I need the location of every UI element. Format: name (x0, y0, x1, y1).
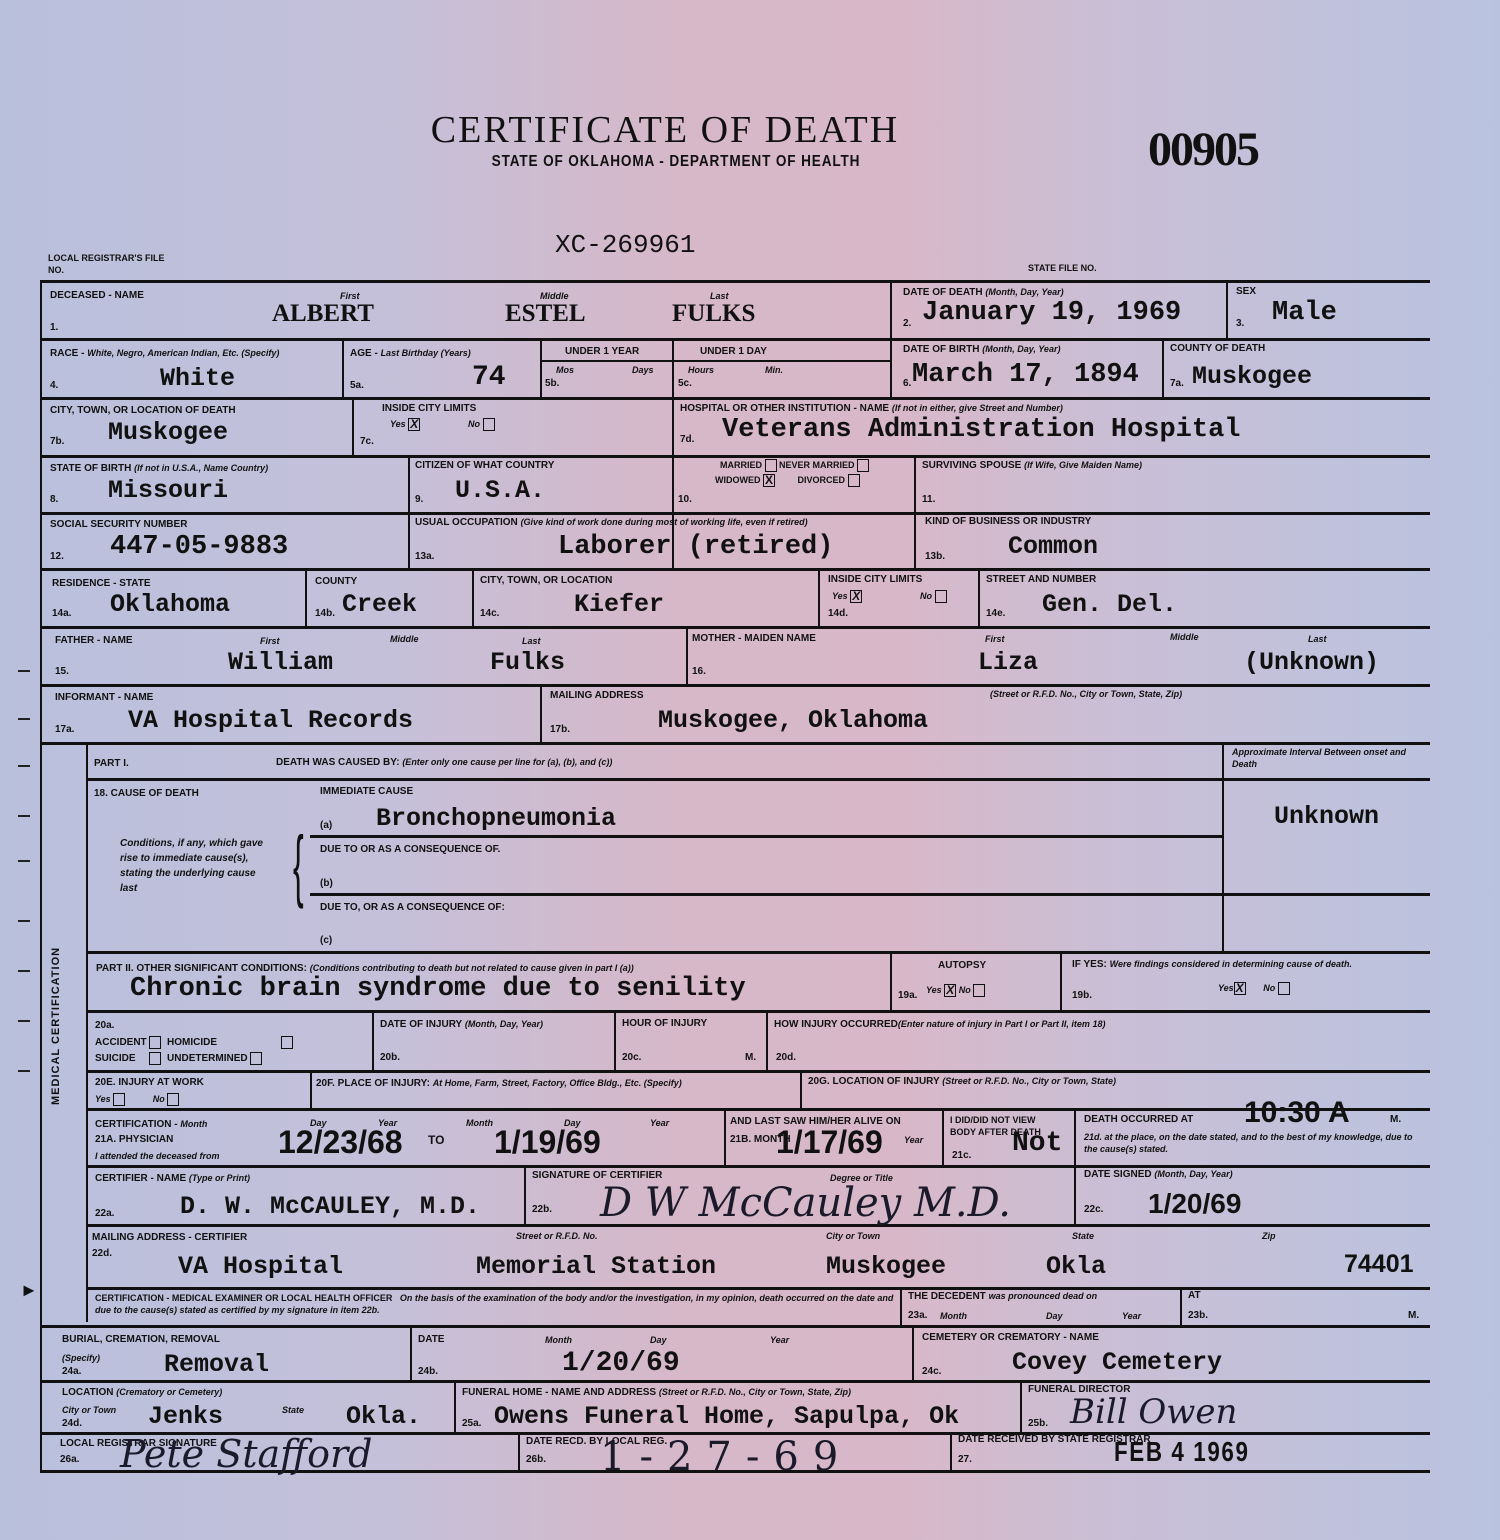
citizen-value: U.S.A. (455, 476, 545, 505)
cemetery-value: Covey Cemetery (1012, 1348, 1222, 1377)
race-label: RACE - White, Negro, American Indian, Et… (50, 347, 340, 360)
date-of-birth-label: DATE OF BIRTH (Month, Day, Year) (903, 343, 1060, 356)
certifier-mailing-name: VA Hospital (178, 1252, 343, 1281)
location-city-value: Jenks (148, 1402, 223, 1431)
date-of-birth-value: March 17, 1894 (912, 360, 1139, 390)
date-of-death-value: January 19, 1969 (922, 298, 1181, 328)
attended-to-date: 1/19/69 (494, 1124, 601, 1161)
state-of-birth-value: Missouri (108, 476, 228, 505)
residence-state-value: Oklahoma (110, 590, 230, 619)
date-signed-value: 1/20/69 (1148, 1188, 1241, 1220)
funeral-home-value: Owens Funeral Home, Sapulpa, Ok (494, 1402, 959, 1431)
inside-city-no-checkbox[interactable] (483, 418, 495, 431)
residence-street-value: Gen. Del. (1042, 590, 1177, 619)
father-last-name: Fulks (490, 648, 565, 677)
death-time-value: 10:30 A (1244, 1096, 1350, 1130)
divorced-checkbox[interactable] (848, 474, 860, 487)
brace-decoration: { (293, 825, 304, 905)
industry-value: Common (1008, 532, 1098, 561)
never-married-checkbox[interactable] (857, 459, 869, 472)
occupation-label: USUAL OCCUPATION (Give kind of work done… (415, 516, 895, 529)
sex-value: Male (1272, 298, 1337, 328)
deceased-middle-name: ESTEL (505, 300, 586, 328)
certifier-signature: D W McCauley M.D. (600, 1180, 1011, 1226)
state-file-label: STATE FILE NO. (1028, 262, 1097, 274)
autopsy-no-checkbox[interactable] (973, 984, 985, 997)
deceased-name-label: DECEASED - NAME (50, 290, 144, 302)
certifier-name-value: D. W. McCAULEY, M.D. (180, 1192, 480, 1221)
residence-city-value: Kiefer (574, 590, 664, 619)
residence-county-value: Creek (342, 590, 417, 619)
residence-inside-city-no-checkbox[interactable] (935, 590, 947, 603)
disposition-date-value: 1/20/69 (562, 1348, 680, 1379)
undetermined-checkbox[interactable] (250, 1052, 262, 1065)
inside-city-yes-checkbox[interactable]: X (408, 418, 420, 431)
mother-last-name: (Unknown) (1244, 648, 1379, 677)
funeral-director-signature: Bill Owen (1070, 1392, 1237, 1432)
suicide-checkbox[interactable] (149, 1052, 161, 1065)
certifier-mailing-city: Muskogee (826, 1252, 946, 1281)
viewed-body-value: Not (1012, 1128, 1062, 1159)
arrow-icon: ► (20, 1280, 38, 1301)
residence-inside-city-yes-checkbox[interactable]: X (850, 590, 862, 603)
married-checkbox[interactable] (765, 459, 777, 472)
date-received-state-stamp: FEB 4 1969 (1114, 1436, 1250, 1468)
county-of-death-label: COUNTY OF DEATH (1170, 343, 1265, 355)
certifier-mailing-state: Okla (1046, 1252, 1106, 1281)
surviving-spouse-label: SURVIVING SPOUSE (If Wife, Give Maiden N… (922, 459, 1142, 472)
mother-first-name: Liza (978, 648, 1038, 677)
certifier-mailing-zip: 74401 (1344, 1250, 1414, 1279)
injury-at-work-no-checkbox[interactable] (167, 1093, 179, 1106)
ssn-value: 447-05-9883 (110, 532, 288, 562)
cause-a-value: Bronchopneumonia (376, 804, 616, 833)
part2-value: Chronic brain syndrome due to senility (130, 974, 746, 1004)
race-value: White (160, 364, 235, 393)
ssn-label: SOCIAL SECURITY NUMBER (50, 519, 187, 531)
medical-certification-label: MEDICAL CERTIFICATION (50, 947, 62, 1105)
state-of-birth-label: STATE OF BIRTH (If not in U.S.A., Name C… (50, 462, 268, 475)
injury-at-work-yes-checkbox[interactable] (113, 1093, 125, 1106)
file-reference: XC-269961 (555, 230, 695, 260)
occupation-value: Laborer (retired) (558, 532, 833, 562)
local-registrar-signature: Pete Stafford (120, 1432, 372, 1476)
deceased-first-name: ALBERT (272, 300, 374, 328)
widowed-checkbox[interactable]: X (763, 474, 775, 487)
accident-checkbox[interactable] (149, 1036, 161, 1049)
informant-value: VA Hospital Records (128, 706, 413, 735)
last-seen-date: 1/17/69 (776, 1124, 883, 1161)
findings-no-checkbox[interactable] (1278, 982, 1290, 995)
county-of-death-value: Muskogee (1192, 362, 1312, 391)
industry-label: KIND OF BUSINESS OR INDUSTRY (925, 516, 1091, 528)
hospital-value: Veterans Administration Hospital (722, 415, 1240, 445)
citizen-label: CITIZEN OF WHAT COUNTRY (415, 460, 554, 472)
deceased-last-name: FULKS (672, 300, 755, 328)
findings-yes-checkbox[interactable]: X (1234, 982, 1246, 995)
city-of-death-label: CITY, TOWN, OR LOCATION OF DEATH (50, 405, 236, 417)
certificate-number: 00905 (1148, 122, 1258, 177)
autopsy-yes-checkbox[interactable]: X (944, 984, 956, 997)
certificate-subtitle: STATE OF OKLAHOMA - DEPARTMENT OF HEALTH (101, 153, 1250, 171)
sex-label: SEX (1236, 286, 1256, 298)
city-of-death-value: Muskogee (108, 418, 228, 447)
disposition-method-value: Removal (164, 1350, 269, 1379)
location-state-value: Okla. (346, 1402, 421, 1431)
certificate-title: CERTIFICATE OF DEATH (0, 108, 1330, 152)
interval-a-value: Unknown (1274, 802, 1379, 831)
age-label: AGE - Last Birthday (Years) (350, 347, 500, 360)
attended-from-date: 12/23/68 (278, 1124, 403, 1161)
hospital-label: HOSPITAL OR OTHER INSTITUTION - NAME (If… (680, 402, 1063, 415)
mailing-address-value: Muskogee, Oklahoma (658, 706, 928, 735)
date-received-local-value: 1-27-69 (600, 1434, 852, 1480)
local-registrar-file-label: LOCAL REGISTRAR'S FILE NO. (48, 252, 178, 276)
age-value: 74 (472, 362, 506, 393)
homicide-checkbox[interactable] (281, 1036, 293, 1049)
certifier-mailing-street: Memorial Station (476, 1252, 716, 1281)
father-first-name: William (228, 648, 333, 677)
